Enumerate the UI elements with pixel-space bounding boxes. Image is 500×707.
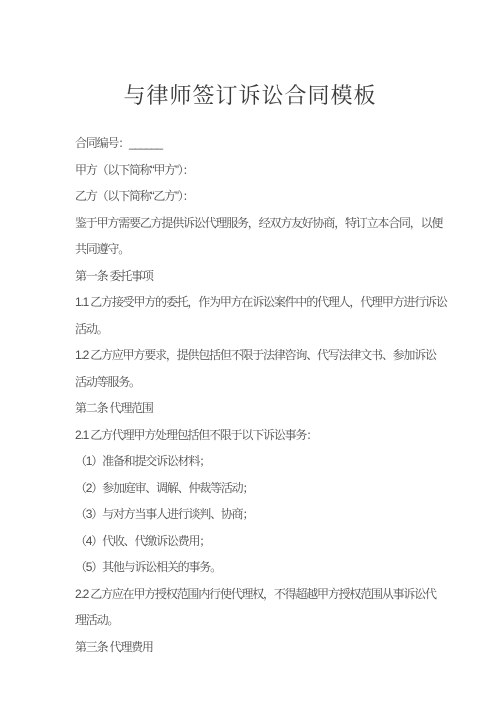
document-line: （2）参加庭审、调解、仲裁等活动；	[75, 475, 445, 502]
document-title: 与律师签订诉讼合同模板	[0, 81, 500, 111]
document-line: 2.1 乙方代理甲方处理包括但不限于以下诉讼事务：	[75, 422, 445, 449]
document-line: 乙方（以下简称“乙方”）：	[75, 183, 445, 210]
document-line: 鉴于甲方需要乙方提供诉讼代理服务，经双方友好协商，特订立本合同，以便	[75, 210, 445, 237]
document-line: 甲方（以下简称“甲方”）：	[75, 157, 445, 184]
document-line: （3）与对方当事人进行谈判、协商；	[75, 501, 445, 528]
document-line: 1.2 乙方应甲方要求，提供包括但不限于法律咨询、代写法律文书、参加诉讼	[75, 342, 445, 369]
document-line: 第二条 代理范围	[75, 395, 445, 422]
document-line: 1.1 乙方接受甲方的委托，作为甲方在诉讼案件中的代理人，代理甲方进行诉讼	[75, 289, 445, 316]
document-line: 活动。	[75, 316, 445, 343]
document-line: （4）代收、代缴诉讼费用；	[75, 528, 445, 555]
document-line: （5）其他与诉讼相关的事务。	[75, 554, 445, 581]
document-line: 第一条 委托事项	[75, 263, 445, 290]
document-line: 活动等服务。	[75, 369, 445, 396]
document-line: 第三条 代理费用	[75, 634, 445, 661]
document-line: 共同遵守。	[75, 236, 445, 263]
document-line: （1）准备和提交诉讼材料；	[75, 448, 445, 475]
contract-document-page: 与律师签订诉讼合同模板 合同编号：______甲方（以下简称“甲方”）：乙方（以…	[0, 0, 500, 707]
document-line: 合同编号：______	[75, 130, 445, 157]
document-body: 合同编号：______甲方（以下简称“甲方”）：乙方（以下简称“乙方”）：鉴于甲…	[75, 130, 445, 660]
document-line: 2.2 乙方应在甲方授权范围内行使代理权，不得超越甲方授权范围从事诉讼代	[75, 581, 445, 608]
document-line: 理活动。	[75, 607, 445, 634]
